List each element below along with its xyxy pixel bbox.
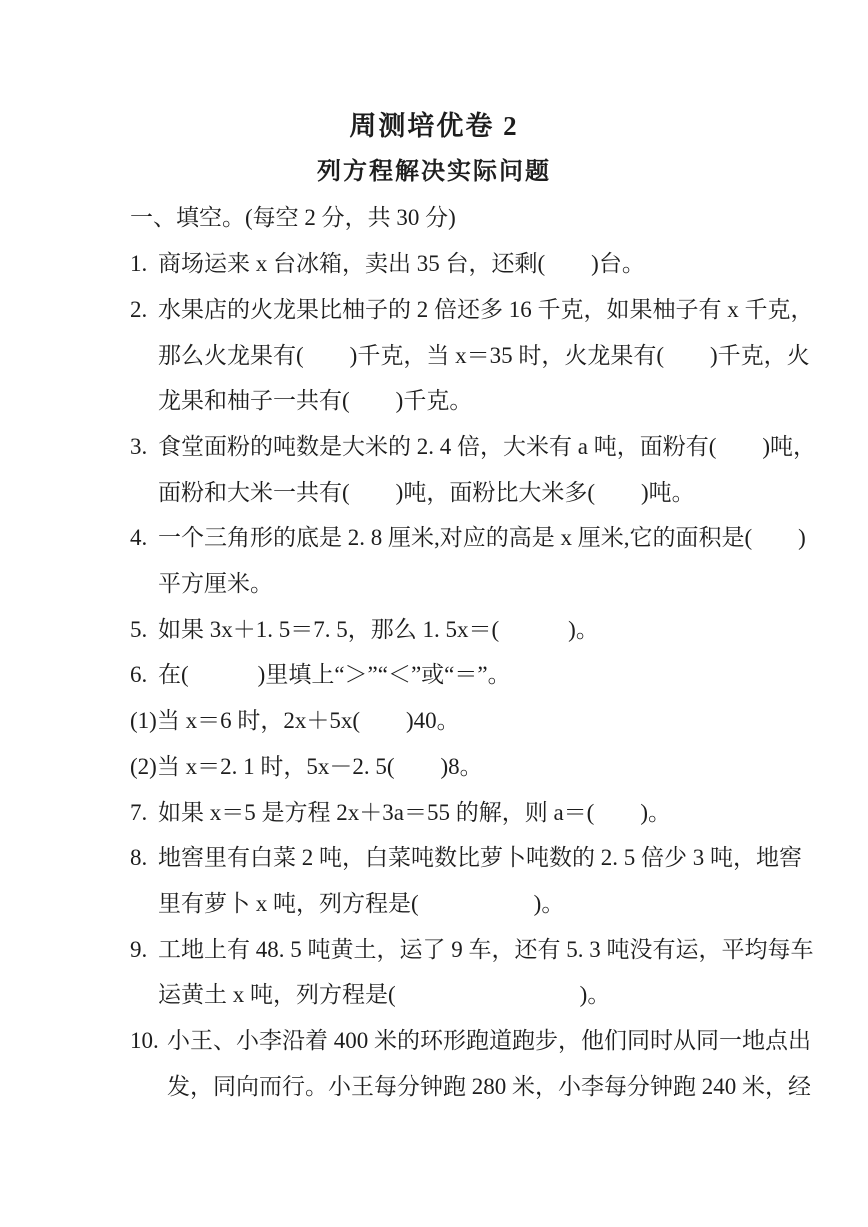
question-text: 一个三角形的底是 2. 8 厘米,对应的高是 x 厘米,它的面积是( ) [158,525,806,550]
question-number: 10. [130,1018,167,1064]
question-line: 那么火龙果有( )千克，当 x＝35 时，火龙果有( )千克，火 [130,333,758,379]
question-text: 如果 x＝5 是方程 2x＋3a＝55 的解，则 a＝( )。 [158,800,671,825]
question-number: (1) [130,698,157,744]
question-text: 地窖里有白菜 2 吨，白菜吨数比萝卜吨数的 2. 5 倍少 3 吨，地窖 [158,845,802,870]
question-line: 2.水果店的火龙果比柚子的 2 倍还多 16 千克，如果柚子有 x 千克， [130,287,758,333]
question-number: 9. [130,927,158,973]
question-text: 在( )里填上“＞”“＜”或“＝”。 [158,662,511,687]
question: 6.在( )里填上“＞”“＜”或“＝”。 [130,652,758,698]
question-text: 当 x＝6 时，2x＋5x( )40。 [157,708,460,733]
question-text: 当 x＝2. 1 时，5x－2. 5( )8。 [157,754,483,779]
question-text: 水果店的火龙果比柚子的 2 倍还多 16 千克，如果柚子有 x 千克， [158,297,814,322]
question: 10.小王、小李沿着 400 米的环形跑道跑步，他们同时从同一地点出发，同向而行… [130,1018,758,1109]
question-number: 1. [130,241,158,287]
question-number: 7. [130,790,158,836]
question: 9.工地上有 48. 5 吨黄土，运了 9 车，还有 5. 3 吨没有运，平均每… [130,927,758,1018]
question-number: 4. [130,515,158,561]
page-title: 周测培优卷 2 [0,104,868,150]
question: 7.如果 x＝5 是方程 2x＋3a＝55 的解，则 a＝( )。 [130,790,758,836]
question-line: 龙果和柚子一共有( )千克。 [130,378,758,424]
question-number: 3. [130,424,158,470]
question-line: 平方厘米。 [130,561,758,607]
question-text: 如果 3x＋1. 5＝7. 5，那么 1. 5x＝( )。 [158,617,599,642]
question-line: 1.商场运来 x 台冰箱，卖出 35 台，还剩( )台。 [130,241,758,287]
question: 1.商场运来 x 台冰箱，卖出 35 台，还剩( )台。 [130,241,758,287]
question-number: 5. [130,607,158,653]
question-line: 5.如果 3x＋1. 5＝7. 5，那么 1. 5x＝( )。 [130,607,758,653]
question-line: 9.工地上有 48. 5 吨黄土，运了 9 车，还有 5. 3 吨没有运，平均每… [130,927,758,973]
question-line: 发，同向而行。小王每分钟跑 280 米，小李每分钟跑 240 米，经 [130,1064,758,1110]
sub-question: (2)当 x＝2. 1 时，5x－2. 5( )8。 [130,744,758,790]
question-number: (2) [130,744,157,790]
question-line: 6.在( )里填上“＞”“＜”或“＝”。 [130,652,758,698]
question-line: 里有萝卜 x 吨，列方程是( )。 [130,881,758,927]
worksheet-body: 一、填空。(每空 2 分，共 30 分) 1.商场运来 x 台冰箱，卖出 35 … [130,195,758,1109]
question-number: 8. [130,835,158,881]
question-text: 食堂面粉的吨数是大米的 2. 4 倍，大米有 a 吨，面粉有( )吨， [158,434,816,459]
question: 3.食堂面粉的吨数是大米的 2. 4 倍，大米有 a 吨，面粉有( )吨，面粉和… [130,424,758,515]
question-line: 8.地窖里有白菜 2 吨，白菜吨数比萝卜吨数的 2. 5 倍少 3 吨，地窖 [130,835,758,881]
question-line: 7.如果 x＝5 是方程 2x＋3a＝55 的解，则 a＝( )。 [130,790,758,836]
question-line: 运黄土 x 吨，列方程是( )。 [130,972,758,1018]
question-text: 小王、小李沿着 400 米的环形跑道跑步，他们同时从同一地点出 [167,1028,811,1053]
sub-question: (1)当 x＝6 时，2x＋5x( )40。 [130,698,758,744]
question-line: 10.小王、小李沿着 400 米的环形跑道跑步，他们同时从同一地点出 [130,1018,758,1064]
section-heading: 一、填空。(每空 2 分，共 30 分) [130,195,758,241]
question-line: 面粉和大米一共有( )吨，面粉比大米多( )吨。 [130,470,758,516]
question: 8.地窖里有白菜 2 吨，白菜吨数比萝卜吨数的 2. 5 倍少 3 吨，地窖里有… [130,835,758,926]
worksheet-content: 周测培优卷 2 列方程解决实际问题 一、填空。(每空 2 分，共 30 分) 1… [0,0,868,1109]
worksheet-page: 周测培优卷 2 列方程解决实际问题 一、填空。(每空 2 分，共 30 分) 1… [0,0,868,1227]
question-line: (1)当 x＝6 时，2x＋5x( )40。 [130,698,758,744]
question-line: (2)当 x＝2. 1 时，5x－2. 5( )8。 [130,744,758,790]
question-text: 商场运来 x 台冰箱，卖出 35 台，还剩( )台。 [158,251,645,276]
question: 4.一个三角形的底是 2. 8 厘米,对应的高是 x 厘米,它的面积是( )平方… [130,515,758,606]
question-number: 6. [130,652,158,698]
question: 5.如果 3x＋1. 5＝7. 5，那么 1. 5x＝( )。 [130,607,758,653]
question-line: 3.食堂面粉的吨数是大米的 2. 4 倍，大米有 a 吨，面粉有( )吨， [130,424,758,470]
question: 2.水果店的火龙果比柚子的 2 倍还多 16 千克，如果柚子有 x 千克，那么火… [130,287,758,424]
question-line: 4.一个三角形的底是 2. 8 厘米,对应的高是 x 厘米,它的面积是( ) [130,515,758,561]
question-list: 1.商场运来 x 台冰箱，卖出 35 台，还剩( )台。2.水果店的火龙果比柚子… [130,241,758,1109]
question-number: 2. [130,287,158,333]
question-text: 工地上有 48. 5 吨黄土，运了 9 车，还有 5. 3 吨没有运，平均每车 [158,937,814,962]
page-subtitle: 列方程解决实际问题 [0,150,868,196]
